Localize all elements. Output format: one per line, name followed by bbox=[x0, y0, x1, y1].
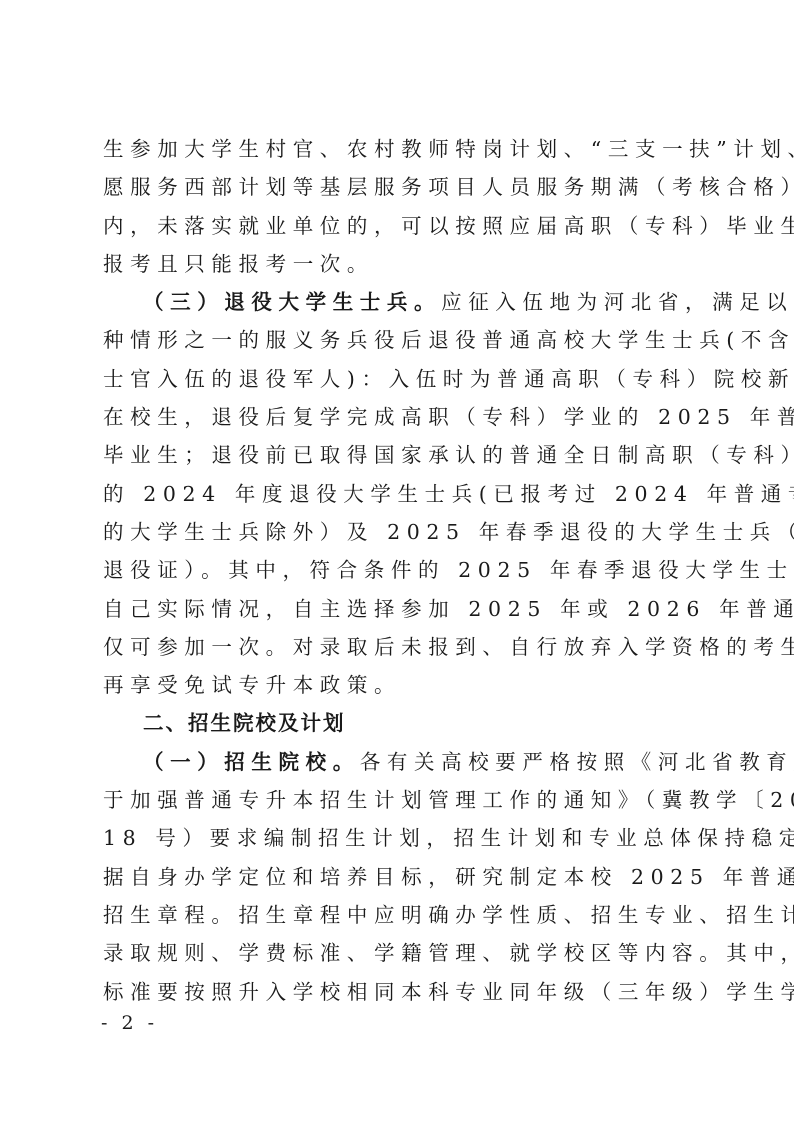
text-line: 自己实际情况，自主选择参加 2025 年或 2026 年普通专升本，且 bbox=[103, 590, 691, 628]
text-line: 录取规则、学费标准、学籍管理、就学校区等内容。其中，学费 bbox=[103, 934, 691, 972]
text-line: 报考且只能报考一次。 bbox=[103, 245, 691, 283]
text-line: 内，未落实就业单位的，可以按照应届高职（专科）毕业生待遇 bbox=[103, 207, 691, 245]
text-line: 的大学生士兵除外）及 2025 年春季退役的大学生士兵（已取得 bbox=[103, 513, 691, 551]
text-run: 应征入伍地为河北省，满足以下两 bbox=[441, 290, 794, 314]
text-line: 在校生，退役后复学完成高职（专科）学业的 2025 年普通应届 bbox=[103, 398, 691, 436]
text-line: 再享受免试专升本政策。 bbox=[103, 666, 691, 704]
text-line: 于加强普通专升本招生计划管理工作的通知》（冀教学〔2022〕 bbox=[103, 781, 691, 819]
document-page: 生参加大学生村官、农村教师特岗计划、“三支一扶”计划、志 愿服务西部计划等基层服… bbox=[0, 0, 794, 1123]
text-line: （三）退役大学生士兵。应征入伍地为河北省，满足以下两 bbox=[103, 283, 691, 321]
text-line: 仅可参加一次。对录取后未报到、自行放弃入学资格的考生，不 bbox=[103, 628, 691, 666]
text-line: 毕业生；退役前已取得国家承认的普通全日制高职（专科）学历 bbox=[103, 436, 691, 474]
document-body: 生参加大学生村官、农村教师特岗计划、“三支一扶”计划、志 愿服务西部计划等基层服… bbox=[103, 130, 695, 1011]
page-number: - 2 - bbox=[101, 1012, 158, 1034]
text-line: 退役证）。其中，符合条件的 2025 年春季退役大学生士兵可根据 bbox=[103, 551, 691, 589]
text-line: 18 号）要求编制招生计划，招生计划和专业总体保持稳定。根 bbox=[103, 819, 691, 857]
text-line: 标准要按照升入学校相同本科专业同年级（三年级）学生学费标 bbox=[103, 973, 691, 1011]
text-line: 种情形之一的服义务兵役后退役普通高校大学生士兵(不含直招 bbox=[103, 321, 691, 359]
subsection-title: （三）退役大学生士兵。 bbox=[143, 290, 441, 314]
text-line: 愿服务西部计划等基层服务项目人员服务期满（考核合格）3 年 bbox=[103, 168, 691, 206]
section-heading: 二、招生院校及计划 bbox=[103, 704, 691, 742]
paragraph-veteran-students: （三）退役大学生士兵。应征入伍地为河北省，满足以下两 种情形之一的服义务兵役后退… bbox=[103, 283, 695, 704]
text-line: 招生章程。招生章程中应明确办学性质、招生专业、招生计划、 bbox=[103, 896, 691, 934]
subsection-title: （一）招生院校。 bbox=[143, 750, 360, 774]
paragraph-service-projects: 生参加大学生村官、农村教师特岗计划、“三支一扶”计划、志 愿服务西部计划等基层服… bbox=[103, 130, 695, 283]
text-line: 据自身办学定位和培养目标，研究制定本校 2025 年普通专升本 bbox=[103, 858, 691, 896]
text-line: 的 2024 年度退役大学生士兵(已报考过 2024 年普通专升本考试 bbox=[103, 475, 691, 513]
text-line: 生参加大学生村官、农村教师特岗计划、“三支一扶”计划、志 bbox=[103, 130, 691, 168]
text-line: （一）招生院校。各有关高校要严格按照《河北省教育厅关 bbox=[103, 743, 691, 781]
text-run: 各有关高校要严格按照《河北省教育厅关 bbox=[360, 750, 794, 774]
paragraph-enrollment-institutions: （一）招生院校。各有关高校要严格按照《河北省教育厅关 于加强普通专升本招生计划管… bbox=[103, 743, 695, 1011]
text-line: 士官入伍的退役军人)：入伍时为普通高职（专科）院校新生或 bbox=[103, 360, 691, 398]
